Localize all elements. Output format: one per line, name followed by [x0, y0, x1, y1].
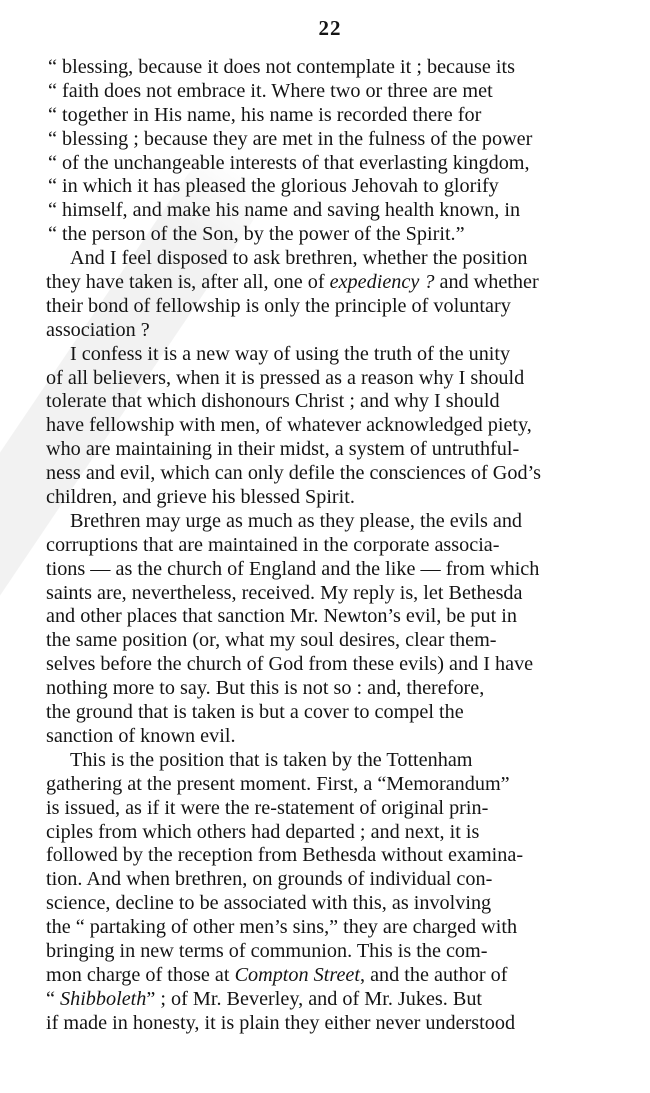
text-line: they have taken is, after all, one of ex…: [46, 271, 602, 295]
text-line: nothing more to say. But this is not so …: [46, 677, 602, 701]
page-number: 22: [0, 16, 650, 41]
text-line: sanction of known evil.: [46, 725, 602, 749]
text-line: bringing in new terms of communion. This…: [46, 940, 602, 964]
text-line: corruptions that are maintained in the c…: [46, 534, 602, 558]
italic-text-segment: Shibboleth: [60, 988, 146, 1010]
text-line: their bond of fellowship is only the pri…: [46, 295, 602, 319]
text-line: the ground that is taken is but a cover …: [46, 701, 602, 725]
text-line: “ blessing ; because they are met in the…: [46, 128, 602, 152]
text-line: the same position (or, what my soul desi…: [46, 629, 602, 653]
text-line: “ blessing, because it does not contempl…: [46, 56, 602, 80]
text-line: This is the position that is taken by th…: [46, 749, 602, 773]
text-segment: “: [46, 988, 60, 1010]
text-line: tion. And when brethren, on grounds of i…: [46, 868, 602, 892]
italic-text-segment: expediency ?: [330, 271, 435, 293]
italic-text-segment: Compton Street: [235, 964, 360, 986]
text-line: children, and grieve his blessed Spirit.: [46, 486, 602, 510]
text-line: “ faith does not embrace it. Where two o…: [46, 80, 602, 104]
text-line: association ?: [46, 319, 602, 343]
text-line: gathering at the present moment. First, …: [46, 773, 602, 797]
text-line: “ of the unchangeable interests of that …: [46, 152, 602, 176]
text-line: “ together in His name, his name is reco…: [46, 104, 602, 128]
text-segment: they have taken is, after all, one of: [46, 271, 330, 293]
text-line: have fellowship with men, of whatever ac…: [46, 414, 602, 438]
text-line: “ in which it has pleased the glorious J…: [46, 175, 602, 199]
text-line: And I feel disposed to ask brethren, whe…: [46, 247, 602, 271]
text-segment: and whether: [434, 271, 538, 293]
text-line: mon charge of those at Compton Street, a…: [46, 964, 602, 988]
text-line: I confess it is a new way of using the t…: [46, 343, 602, 367]
text-line: if made in honesty, it is plain they eit…: [46, 1012, 602, 1036]
text-segment: , and the author of: [360, 964, 507, 986]
text-line: “ the person of the Son, by the power of…: [46, 223, 602, 247]
page-body-text: “ blessing, because it does not contempl…: [46, 56, 602, 1036]
text-line: Brethren may urge as much as they please…: [46, 510, 602, 534]
text-line: science, decline to be associated with t…: [46, 892, 602, 916]
text-line: saints are, nevertheless, received. My r…: [46, 582, 602, 606]
text-segment: mon charge of those at: [46, 964, 235, 986]
text-line: of all believers, when it is pressed as …: [46, 367, 602, 391]
text-segment: ” ; of Mr. Beverley, and of Mr. Jukes. B…: [146, 988, 482, 1010]
text-line: ness and evil, which can only defile the…: [46, 462, 602, 486]
text-line: and other places that sanction Mr. Newto…: [46, 605, 602, 629]
text-line: selves before the church of God from the…: [46, 653, 602, 677]
text-line: is issued, as if it were the re-statemen…: [46, 797, 602, 821]
text-line: tions — as the church of England and the…: [46, 558, 602, 582]
text-line: who are maintaining in their midst, a sy…: [46, 438, 602, 462]
text-line: the “ partaking of other men’s sins,” th…: [46, 916, 602, 940]
text-line: tolerate that which dishonours Christ ; …: [46, 390, 602, 414]
text-line: “ Shibboleth” ; of Mr. Beverley, and of …: [46, 988, 602, 1012]
text-line: “ himself, and make his name and saving …: [46, 199, 602, 223]
text-line: followed by the reception from Bethesda …: [46, 844, 602, 868]
text-line: ciples from which others had departed ; …: [46, 821, 602, 845]
